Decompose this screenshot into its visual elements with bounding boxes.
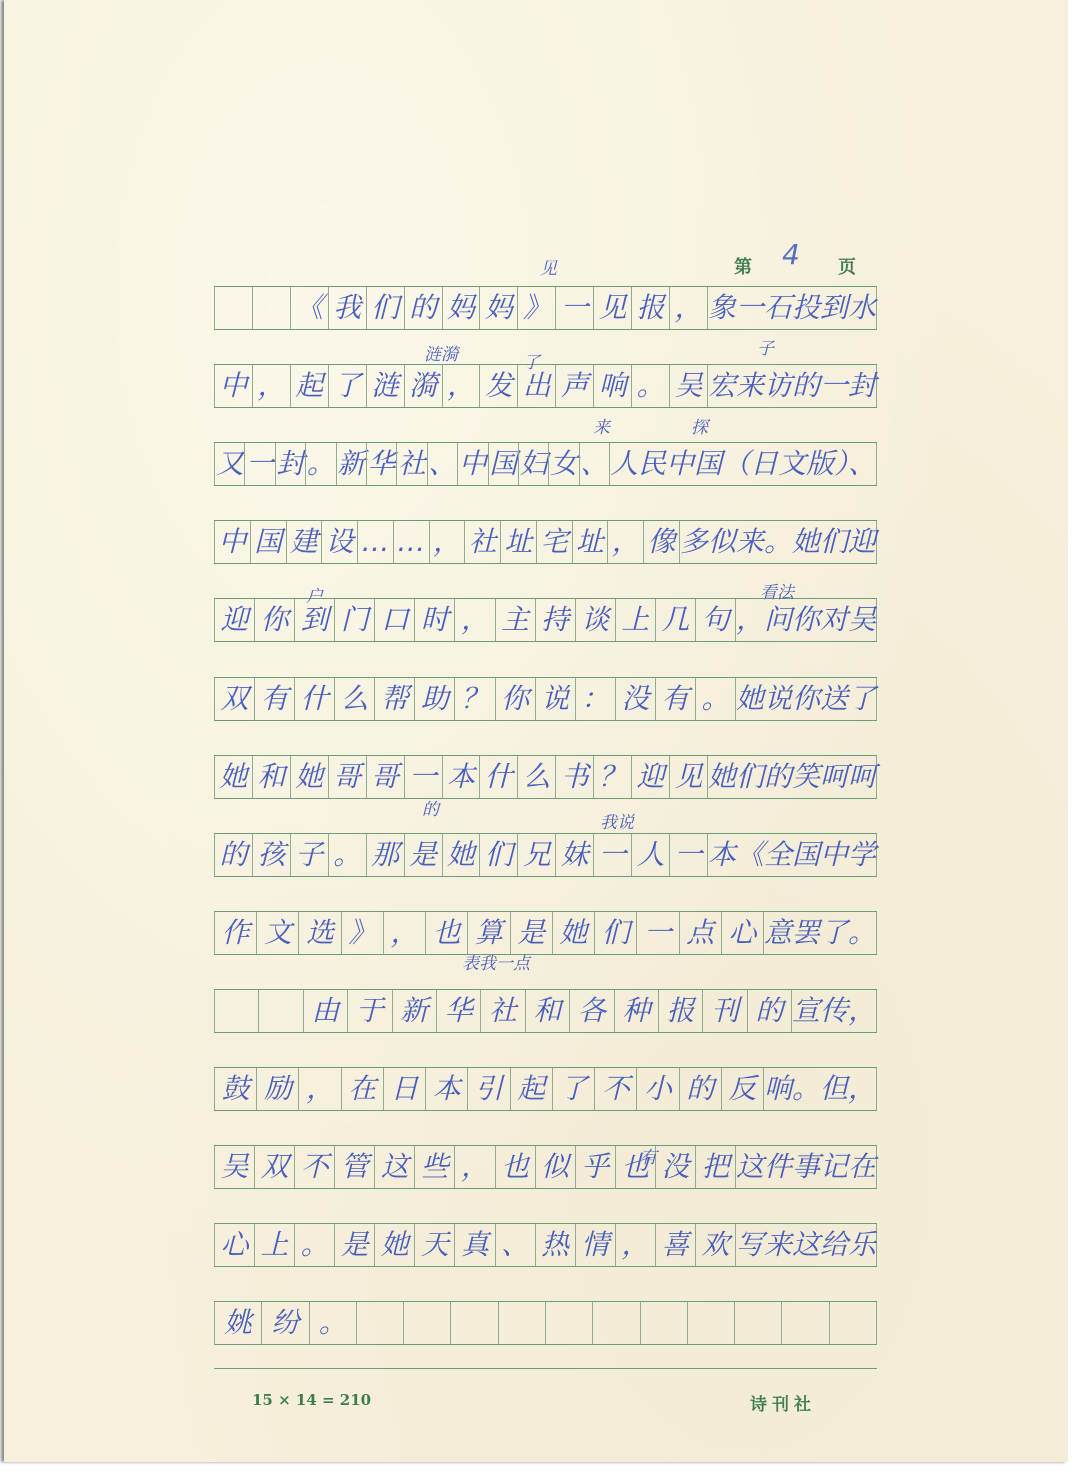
manuscript-cell: 兄 [517,834,555,876]
manuscript-cell: 小 [636,1068,678,1110]
manuscript-cell: 把 [695,1146,735,1188]
manuscript-cell: 《 [290,287,328,329]
manuscript-cell: 管 [334,1146,374,1188]
manuscript-cell [498,1302,545,1344]
manuscript-cell [258,990,302,1032]
manuscript-cell: 不 [294,1146,334,1188]
grid-formula: 15 × 14 = 210 [252,1391,371,1409]
manuscript-cell: 宅 [536,521,572,563]
manuscript-cell: 她 [552,912,594,954]
manuscript-paper: 第 4 页 《我们的妈妈》一见报，象一石投到水中，起了涟漪，发出声响。吴宏来访的… [4,0,1068,1462]
manuscript-cell: 起 [510,1068,552,1110]
manuscript-cell: 中 [214,365,252,407]
manuscript-cell: ， [607,521,643,563]
manuscript-row: 姚纷。 [214,1301,877,1345]
manuscript-cell: 。 [695,678,735,720]
manuscript-cell: 也 [495,1146,535,1188]
manuscript-cell: 姚 [214,1302,261,1344]
manuscript-cell: 妈 [442,287,480,329]
manuscript-cell: 真 [454,1224,494,1266]
manuscript-cell: 见 [669,756,707,798]
manuscript-cell: ？ [454,678,494,720]
manuscript-cell: 不 [594,1068,636,1110]
manuscript-row: 中国建设……，社址宅址，像多似来。她们迎 [214,520,877,564]
manuscript-cell: 她 [290,756,328,798]
manuscript-cell: 发 [479,365,517,407]
manuscript-cell: ， [669,287,707,329]
manuscript-cell: 漪 [404,365,442,407]
manuscript-cell: 门 [334,599,374,641]
handwritten-annotation: 涟漪 [424,340,458,365]
manuscript-cell: 天 [414,1224,454,1266]
manuscript-cell: 响 [593,365,631,407]
manuscript-cell: 一 [669,834,707,876]
manuscript-cell [356,1302,403,1344]
manuscript-cell: 上 [615,599,655,641]
manuscript-cell: 励 [256,1068,298,1110]
manuscript-cell: 喜 [655,1224,695,1266]
manuscript-cell: 由 [303,990,347,1032]
manuscript-cell: 见 [593,287,631,329]
manuscript-cell: 们 [479,834,517,876]
manuscript-cell [829,1302,877,1344]
manuscript-cell: 社 [480,990,524,1032]
handwritten-annotation: 来 [593,413,610,438]
manuscript-cell: 引 [467,1068,509,1110]
manuscript-cell: 双 [214,678,254,720]
manuscript-cell: 助 [414,678,454,720]
manuscript-cell: ， [429,521,465,563]
manuscript-cell [450,1302,497,1344]
manuscript-cell: 双 [254,1146,294,1188]
manuscript-cell: ， [454,1146,494,1188]
manuscript-cell [781,1302,828,1344]
manuscript-cell: 响。但， [763,1068,877,1110]
manuscript-cell: 反 [721,1068,763,1110]
manuscript-cell: 各 [569,990,613,1032]
manuscript-cell: 那 [366,834,404,876]
manuscript-cell: 中 [457,443,487,485]
page-header: 第 4 页 [734,250,864,274]
manuscript-cell: 人 [631,834,669,876]
manuscript-cell: 点 [679,912,721,954]
manuscript-cell: 设 [321,521,357,563]
page-number: 4 [782,238,800,271]
handwritten-annotation: 见 [540,254,557,279]
manuscript-cell: 几 [655,599,695,641]
manuscript-cell [734,1302,781,1344]
manuscript-row: 的孩子。那是她们兄妹一人一本《全国中学 [214,833,877,877]
manuscript-cell: 本 [425,1068,467,1110]
manuscript-row: 鼓励，在日本引起了不小的反响。但， [214,1067,877,1111]
manuscript-cell: 妹 [555,834,593,876]
manuscript-cell: 这 [374,1146,414,1188]
manuscript-cell: 是 [334,1224,374,1266]
manuscript-cell: 。 [294,1224,334,1266]
manuscript-row: 中，起了涟漪，发出声响。吴宏来访的一封 [214,364,877,408]
manuscript-cell [252,287,290,329]
manuscript-cell: 》 [517,287,555,329]
manuscript-cell: 书 [555,756,593,798]
manuscript-cell: 址 [500,521,536,563]
manuscript-cell: 谈 [575,599,615,641]
manuscript-cell: 社 [464,521,500,563]
manuscript-row: 心上。是她天真、热情，喜欢写来这给乐 [214,1223,877,1267]
manuscript-cell: 似 [535,1146,575,1188]
manuscript-cell: 一 [593,834,631,876]
manuscript-cell: 情 [575,1224,615,1266]
manuscript-cell: 新 [336,443,366,485]
manuscript-cell: … [357,521,393,563]
manuscript-cell: ？ [593,756,631,798]
page-label-suffix: 页 [838,253,856,279]
manuscript-cell: 了 [328,365,366,407]
manuscript-cell: 华 [366,443,396,485]
manuscript-cell: ， [383,912,425,954]
manuscript-cell: 、 [427,443,457,485]
manuscript-cell: 你 [254,599,294,641]
manuscript-cell: 些 [414,1146,454,1188]
manuscript-cell: ， [252,365,290,407]
manuscript-cell: 哥 [366,756,404,798]
manuscript-cell: 。 [305,443,335,485]
manuscript-cell: 什 [479,756,517,798]
manuscript-cell: ， [454,599,494,641]
manuscript-cell [214,990,258,1032]
manuscript-cell: 上 [254,1224,294,1266]
handwritten-annotation: 表我一点 [462,949,530,974]
manuscript-cell: 一 [244,443,274,485]
manuscript-cell: 女 [548,443,578,485]
manuscript-cell: 时 [414,599,454,641]
manuscript-cell: 欢 [695,1224,735,1266]
manuscript-cell: 中 [214,521,250,563]
manuscript-cell: 你 [495,678,535,720]
manuscript-cell: 声 [555,365,593,407]
manuscript-cell: 是 [404,834,442,876]
manuscript-cell: 乎 [575,1146,615,1188]
manuscript-cell: 作 [214,912,256,954]
manuscript-cell: 持 [535,599,575,641]
manuscript-cell: … [393,521,429,563]
manuscript-cell: 没 [655,1146,695,1188]
manuscript-cell: 是 [510,912,552,954]
manuscript-row: 由于新华社和各种报刊的宣传， [214,989,877,1033]
manuscript-cell: 的 [747,990,791,1032]
manuscript-cell: 国 [488,443,518,485]
manuscript-cell: 她 [214,756,252,798]
manuscript-cell: 多似来。她们迎 [679,521,877,563]
handwritten-annotation: 了 [523,348,540,373]
manuscript-cell: 妇 [518,443,548,485]
manuscript-cell: 她 [442,834,480,876]
manuscript-cell: 一 [636,912,678,954]
manuscript-cell: 的 [679,1068,721,1110]
manuscript-cell: 种 [614,990,658,1032]
manuscript-cell: 、 [495,1224,535,1266]
manuscript-cell: 。 [328,834,366,876]
manuscript-cell: 国 [250,521,286,563]
manuscript-cell: 华 [436,990,480,1032]
manuscript-row: 作文选》，也算是她们一点心意罢了。 [214,911,877,955]
manuscript-cell: 和 [252,756,290,798]
manuscript-cell: 们 [366,287,404,329]
manuscript-cell: 起 [290,365,328,407]
manuscript-cell [592,1302,639,1344]
manuscript-row: 双有什么帮助？你说：没有。她说你送了 [214,677,877,721]
manuscript-cell: 本《全国中学 [707,834,877,876]
manuscript-cell: 心 [214,1224,254,1266]
handwritten-annotation: 看法 [760,578,794,603]
manuscript-cell: 的 [404,287,442,329]
manuscript-cell: 。 [631,365,669,407]
manuscript-cell [687,1302,734,1344]
manuscript-cell: 社 [396,443,426,485]
manuscript-cell: 么 [517,756,555,798]
manuscript-cell: 说 [535,678,575,720]
manuscript-cell: 有 [655,678,695,720]
manuscript-cell: 和 [525,990,569,1032]
manuscript-row: 《我们的妈妈》一见报，象一石投到水 [214,286,877,330]
handwritten-annotation: 有 [640,1143,657,1168]
manuscript-cell: 、 [579,443,609,485]
manuscript-cell: 们 [594,912,636,954]
manuscript-cell: 子 [290,834,328,876]
handwritten-annotation: 子 [757,334,774,359]
manuscript-cell: 人民中国（日文版）、 [609,443,877,485]
manuscript-cell: 她 [374,1224,414,1266]
manuscript-cell: 写来这给乐 [735,1224,877,1266]
manuscript-cell: 没 [615,678,655,720]
manuscript-cell: 》 [341,912,383,954]
manuscript-cell: 本 [442,756,480,798]
manuscript-row: 又一封。新华社、中国妇女、人民中国（日文版）、 [214,442,877,486]
manuscript-cell: ，问你对吴 [735,599,877,641]
manuscript-cell: 一 [404,756,442,798]
manuscript-cell: ， [442,365,480,407]
manuscript-cell: 这件事记在 [735,1146,877,1188]
manuscript-cell: 迎 [214,599,254,641]
manuscript-cell: 象一石投到水 [707,287,877,329]
publisher-name: 诗刊社 [750,1390,816,1415]
manuscript-cell: ， [615,1224,655,1266]
manuscript-cell: 新 [392,990,436,1032]
manuscript-cell: 意罢了。 [763,912,877,954]
manuscript-cell: 她们的笑呵呵 [707,756,877,798]
manuscript-cell: 纷 [261,1302,308,1344]
bottom-rule [214,1368,877,1369]
handwritten-annotation: 的 [422,795,439,820]
manuscript-cell: 算 [467,912,509,954]
manuscript-cell: 什 [294,678,334,720]
manuscript-cell: 刊 [702,990,746,1032]
manuscript-cell: 吴 [669,365,707,407]
manuscript-cell [214,287,252,329]
manuscript-cell: 妈 [479,287,517,329]
manuscript-cell: 。 [309,1302,356,1344]
manuscript-cell: 选 [298,912,340,954]
manuscript-cell: 像 [643,521,679,563]
manuscript-cell: 报 [631,287,669,329]
handwritten-annotation: 户 [306,582,323,607]
manuscript-cell [640,1302,687,1344]
manuscript-cell: 宏来访的一封 [707,365,877,407]
manuscript-cell: 口 [374,599,414,641]
manuscript-cell: 帮 [374,678,414,720]
manuscript-row: 吴双不管这些，也似乎也没把这件事记在 [214,1145,877,1189]
manuscript-cell: 迎 [631,756,669,798]
manuscript-cell: 吴 [214,1146,254,1188]
manuscript-cell: 孩 [252,834,290,876]
manuscript-cell: 也 [425,912,467,954]
manuscript-cell: ： [575,678,615,720]
manuscript-cell: 一 [555,287,593,329]
manuscript-cell [403,1302,450,1344]
manuscript-cell: 址 [572,521,608,563]
manuscript-cell: 么 [334,678,374,720]
manuscript-cell: 句 [695,599,735,641]
manuscript-cell: 鼓 [214,1068,256,1110]
manuscript-cell: 建 [286,521,322,563]
manuscript-row: 她和她哥哥一本什么书？迎见她们的笑呵呵 [214,755,877,799]
manuscript-cell: 在 [341,1068,383,1110]
handwritten-annotation: 我说 [600,808,634,833]
manuscript-cell [545,1302,592,1344]
manuscript-cell: 她说你送了 [735,678,877,720]
manuscript-cell: 宣传， [791,990,877,1032]
manuscript-cell: ， [298,1068,340,1110]
manuscript-cell: 有 [254,678,294,720]
page-label-prefix: 第 [734,253,752,279]
manuscript-cell: 了 [552,1068,594,1110]
manuscript-cell: 我 [328,287,366,329]
manuscript-cell: 的 [214,834,252,876]
manuscript-cell: 封 [275,443,305,485]
handwritten-annotation: 探 [691,413,708,438]
manuscript-cell: 涟 [366,365,404,407]
manuscript-cell: 文 [256,912,298,954]
manuscript-cell: 心 [721,912,763,954]
manuscript-cell: 日 [383,1068,425,1110]
manuscript-cell: 哥 [328,756,366,798]
manuscript-cell: 主 [495,599,535,641]
manuscript-cell: 报 [658,990,702,1032]
manuscript-cell: 又 [214,443,244,485]
manuscript-cell: 于 [347,990,391,1032]
manuscript-cell: 热 [535,1224,575,1266]
